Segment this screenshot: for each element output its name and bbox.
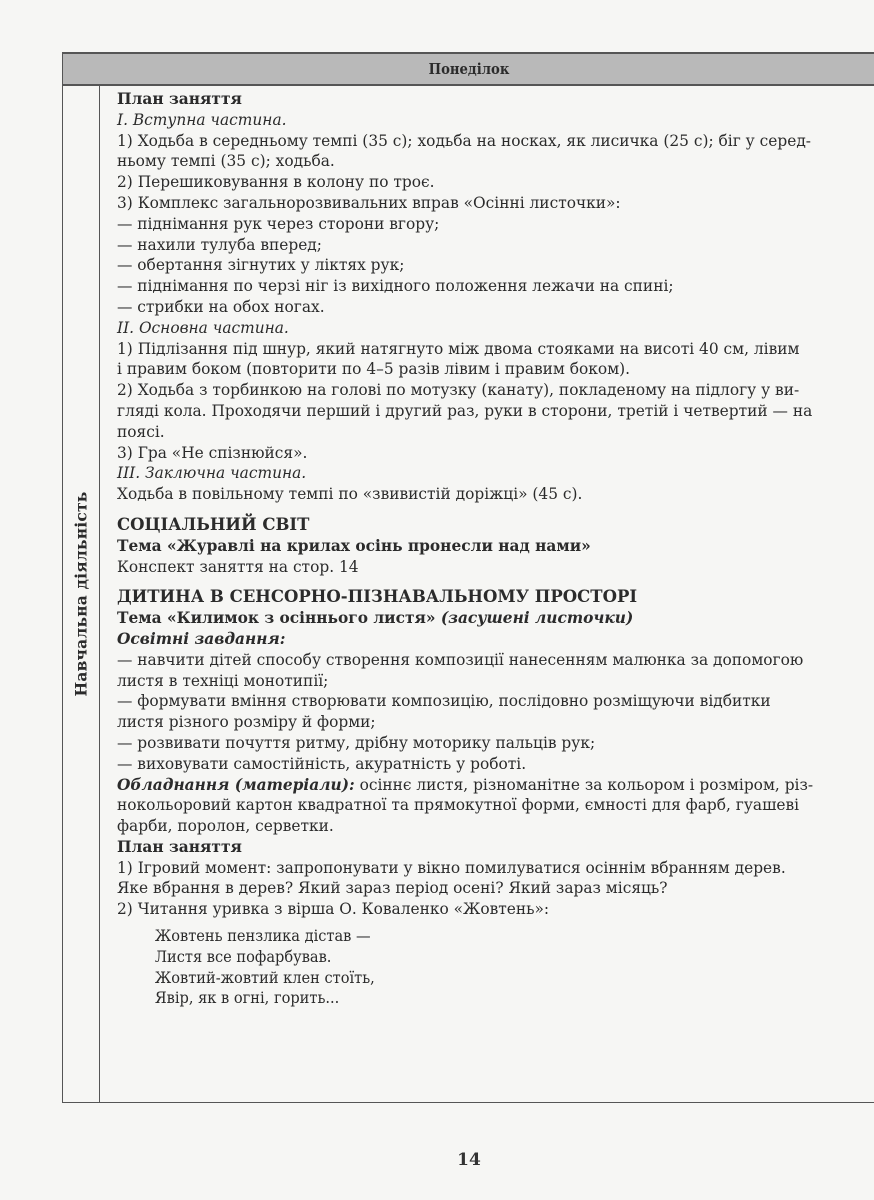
- list-item: — стрибки на обох ногах.: [117, 297, 869, 318]
- poem-line: Листя все пофарбував.: [117, 947, 867, 968]
- social-note: Конспект заняття на стор. 14: [117, 557, 869, 578]
- list-item: — піднімання рук через сторони вгору;: [117, 214, 869, 235]
- page-number: 14: [0, 1150, 874, 1170]
- social-heading: СОЦІАЛЬНИЙ СВІТ: [117, 515, 869, 536]
- sensory-topic-note: (засушені листочки): [441, 609, 633, 627]
- equipment-text: осіннє листя, різноманітне за кольором і…: [355, 776, 813, 794]
- poem-line: Жовтий-жовтий клен стоїть,: [117, 968, 867, 989]
- text-line: 1) Підлізання під шнур, який натягнуто м…: [117, 339, 869, 360]
- poem-line: Жовтень пензлика дістав —: [117, 926, 867, 947]
- part2-title: II. Основна частина.: [117, 318, 869, 339]
- text-line: фарби, поролон, серветки.: [117, 816, 869, 837]
- tasks-title: Освітні завдання:: [117, 629, 869, 650]
- text-line: 2) Перешиковування в колону по троє.: [117, 172, 869, 193]
- list-item: — нахили тулуба вперед;: [117, 235, 869, 256]
- list-item: — формувати вміння створювати композицію…: [117, 691, 869, 712]
- sensory-topic-main: Тема «Килимок з осіннього листя»: [117, 609, 441, 627]
- equipment-line: Обладнання (матеріали): осіннє листя, рі…: [117, 775, 869, 796]
- sensory-topic: Тема «Килимок з осіннього листя» (засуше…: [117, 608, 869, 629]
- list-item: — розвивати почуття ритму, дрібну мотори…: [117, 733, 869, 754]
- text-line: 3) Комплекс загальнорозвивальних вправ «…: [117, 193, 869, 214]
- weekday-title: Понеділок: [112, 60, 827, 78]
- text-line: листя в техніці монотипії;: [117, 671, 869, 692]
- social-topic: Тема «Журавлі на крилах осінь пронесли н…: [117, 536, 869, 557]
- sensory-plan-title: План заняття: [117, 837, 869, 858]
- text-line: Ходьба в повільному темпі по «звивистій …: [117, 484, 869, 505]
- plan-title: План заняття: [117, 89, 869, 110]
- poem-line: Явір, як в огні, горить...: [117, 988, 867, 1009]
- text-line: і правим боком (повторити по 4–5 разів л…: [117, 359, 869, 380]
- part3-title: III. Заключна частина.: [117, 463, 869, 484]
- text-line: 3) Гра «Не спізнюйся».: [117, 443, 869, 464]
- sensory-heading: ДИТИНА В СЕНСОРНО-ПІЗНАВАЛЬНОМУ ПРОСТОРІ: [117, 587, 869, 608]
- part1-title: I. Вступна частина.: [117, 110, 869, 131]
- list-item: — обертання зігнутих у ліктях рук;: [117, 255, 869, 276]
- equipment-label: Обладнання (матеріали):: [117, 776, 355, 794]
- text-line: поясі.: [117, 422, 869, 443]
- text-line: ньому темпі (35 с); ходьба.: [117, 151, 869, 172]
- list-item: — піднімання по черзі ніг із вихідного п…: [117, 276, 869, 297]
- text-line: 2) Ходьба з торбинкою на голові по мотуз…: [117, 380, 869, 401]
- text-line: 2) Читання уривка з вірша О. Коваленко «…: [117, 899, 869, 920]
- side-label: Навчальна діяльність: [72, 492, 91, 697]
- list-item: — навчити дітей способу створення композ…: [117, 650, 869, 671]
- text-line: нокольоровий картон квадратної та прямок…: [117, 795, 869, 816]
- side-column: Навчальна діяльність: [63, 86, 100, 1102]
- lesson-content: План заняття I. Вступна частина. 1) Ходь…: [117, 89, 869, 1009]
- list-item: — виховувати самостійність, акуратність …: [117, 754, 869, 775]
- text-line: 1) Ходьба в середньому темпі (35 с); ход…: [117, 131, 869, 152]
- text-line: листя різного розміру й форми;: [117, 712, 869, 733]
- text-line: 1) Ігровий момент: запропонувати у вікно…: [117, 858, 869, 879]
- table-header: Понеділок: [63, 54, 874, 86]
- text-line: гляді кола. Проходячи перший і другий ра…: [117, 401, 869, 422]
- text-line: Яке вбрання в дерев? Який зараз період о…: [117, 878, 869, 899]
